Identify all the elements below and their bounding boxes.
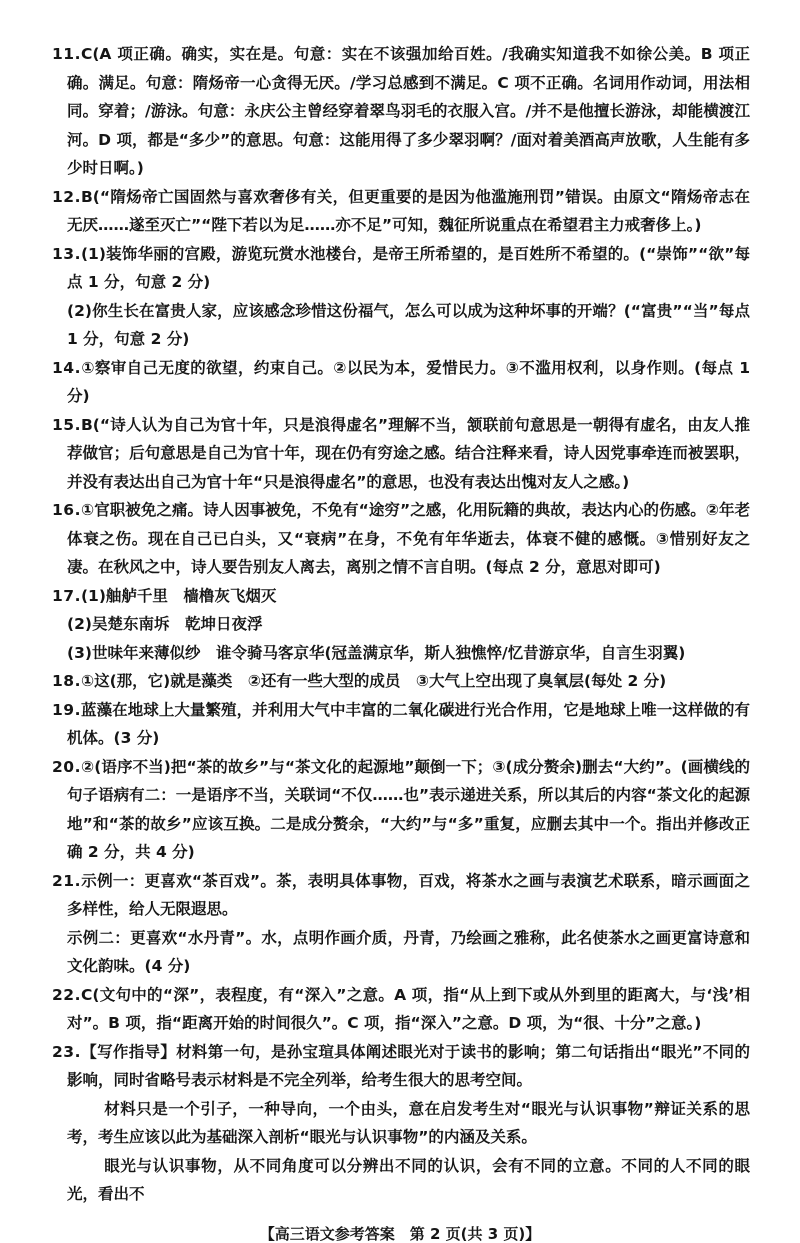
answer-item: 19.蓝藻在地球上大量繁殖，并利用大气中丰富的二氧化碳进行光合作用，它是地球上唯… bbox=[52, 696, 750, 753]
item-number: 19. bbox=[52, 701, 81, 719]
answer-item: 12.B(“隋炀帝亡国固然与喜欢奢侈有关，但更重要的是因为他滥施刑罚”错误。由原… bbox=[52, 183, 750, 240]
answer-paragraph: 材料只是一个引子，一种导向，一个由头，意在启发考生对“眼光与认识事物”辩证关系的… bbox=[52, 1095, 750, 1152]
item-text: (1)舳舻千里 樯橹灰飞烟灭 bbox=[81, 587, 276, 605]
answer-paragraph: (2)你生长在富贵人家，应该感念珍惜这份福气，怎么可以成为这种坏事的开端？(“富… bbox=[52, 297, 750, 354]
item-number: 15. bbox=[52, 416, 81, 434]
item-number: 20. bbox=[52, 758, 81, 776]
item-text: ①官职被免之痛。诗人因事被免，不免有“途穷”之感，化用阮籍的典故，表达内心的伤感… bbox=[67, 501, 750, 576]
answer-paragraph: 17.(1)舳舻千里 樯橹灰飞烟灭 bbox=[52, 582, 750, 611]
answer-paragraph: 15.B(“诗人认为自己为官十年，只是浪得虚名”理解不当，颔联前句意思是一朝得有… bbox=[52, 411, 750, 497]
item-text: C(文句中的“深”，表程度，有“深入”之意。A 项，指“从上到下或从外到里的距离… bbox=[67, 986, 750, 1033]
answer-paragraph: (2)吴楚东南坼 乾坤日夜浮 bbox=[52, 610, 750, 639]
item-text: ②(语序不当)把“茶的故乡”与“茶文化的起源地”颠倒一下；③(成分赘余)删去“大… bbox=[67, 758, 750, 862]
answer-paragraph: 14.①察审自己无度的欲望，约束自己。②以民为本，爱惜民力。③不滥用权利，以身作… bbox=[52, 354, 750, 411]
answer-item: 11.C(A 项正确。确实，实在是。句意：实在不该强加给百姓。/我确实知道我不如… bbox=[52, 40, 750, 183]
item-number: 23. bbox=[52, 1043, 81, 1061]
item-text: B(“诗人认为自己为官十年，只是浪得虚名”理解不当，颔联前句意思是一朝得有虚名，… bbox=[67, 416, 750, 491]
item-text: 示例一：更喜欢“茶百戏”。茶，表明具体事物，百戏，将茶水之画与表演艺术联系，暗示… bbox=[67, 872, 750, 919]
answer-item: 21.示例一：更喜欢“茶百戏”。茶，表明具体事物，百戏，将茶水之画与表演艺术联系… bbox=[52, 867, 750, 981]
item-text: ①察审自己无度的欲望，约束自己。②以民为本，爱惜民力。③不滥用权利，以身作则。(… bbox=[67, 359, 750, 406]
item-number: 22. bbox=[52, 986, 81, 1004]
item-number: 16. bbox=[52, 501, 81, 519]
answers-list: 11.C(A 项正确。确实，实在是。句意：实在不该强加给百姓。/我确实知道我不如… bbox=[0, 0, 800, 1209]
item-text: 蓝藻在地球上大量繁殖，并利用大气中丰富的二氧化碳进行光合作用，它是地球上唯一这样… bbox=[67, 701, 750, 748]
item-text: ①这(那，它)就是藻类 ②还有一些大型的成员 ③大气上空出现了臭氧层(每处 2 … bbox=[81, 672, 666, 690]
answer-item: 13.(1)装饰华丽的宫殿，游览玩赏水池楼台，是帝王所希望的，是百姓所不希望的。… bbox=[52, 240, 750, 354]
answer-item: 22.C(文句中的“深”，表程度，有“深入”之意。A 项，指“从上到下或从外到里… bbox=[52, 981, 750, 1038]
item-number: 13. bbox=[52, 245, 81, 263]
answer-paragraph: (3)世味年来薄似纱 谁令骑马客京华(冠盖满京华，斯人独憔悴/忆昔游京华，自言生… bbox=[52, 639, 750, 668]
answer-sheet-page: 11.C(A 项正确。确实，实在是。句意：实在不该强加给百姓。/我确实知道我不如… bbox=[0, 0, 800, 1243]
item-number: 14. bbox=[52, 359, 81, 377]
item-number: 21. bbox=[52, 872, 81, 890]
answer-item: 17.(1)舳舻千里 樯橹灰飞烟灭(2)吴楚东南坼 乾坤日夜浮(3)世味年来薄似… bbox=[52, 582, 750, 668]
answer-paragraph: 18.①这(那，它)就是藻类 ②还有一些大型的成员 ③大气上空出现了臭氧层(每处… bbox=[52, 667, 750, 696]
item-number: 17. bbox=[52, 587, 81, 605]
answer-paragraph: 13.(1)装饰华丽的宫殿，游览玩赏水池楼台，是帝王所希望的，是百姓所不希望的。… bbox=[52, 240, 750, 297]
answer-paragraph: 12.B(“隋炀帝亡国固然与喜欢奢侈有关，但更重要的是因为他滥施刑罚”错误。由原… bbox=[52, 183, 750, 240]
answer-item: 18.①这(那，它)就是藻类 ②还有一些大型的成员 ③大气上空出现了臭氧层(每处… bbox=[52, 667, 750, 696]
item-text: B(“隋炀帝亡国固然与喜欢奢侈有关，但更重要的是因为他滥施刑罚”错误。由原文“隋… bbox=[67, 188, 750, 235]
answer-paragraph: 22.C(文句中的“深”，表程度，有“深入”之意。A 项，指“从上到下或从外到里… bbox=[52, 981, 750, 1038]
answer-paragraph: 11.C(A 项正确。确实，实在是。句意：实在不该强加给百姓。/我确实知道我不如… bbox=[52, 40, 750, 183]
answer-paragraph: 20.②(语序不当)把“茶的故乡”与“茶文化的起源地”颠倒一下；③(成分赘余)删… bbox=[52, 753, 750, 867]
answer-paragraph: 19.蓝藻在地球上大量繁殖，并利用大气中丰富的二氧化碳进行光合作用，它是地球上唯… bbox=[52, 696, 750, 753]
item-number: 11. bbox=[52, 45, 81, 63]
answer-item: 16.①官职被免之痛。诗人因事被免，不免有“途穷”之感，化用阮籍的典故，表达内心… bbox=[52, 496, 750, 582]
answer-paragraph: 23.【写作指导】材料第一句，是孙宝瑄具体阐述眼光对于读书的影响；第二句话指出“… bbox=[52, 1038, 750, 1095]
page-footer: 【高三语文参考答案 第 2 页(共 3 页)】 bbox=[0, 1223, 800, 1243]
answer-paragraph: 21.示例一：更喜欢“茶百戏”。茶，表明具体事物，百戏，将茶水之画与表演艺术联系… bbox=[52, 867, 750, 924]
answer-paragraph: 示例二：更喜欢“水丹青”。水，点明作画介质，丹青，乃绘画之雅称，此名使茶水之画更… bbox=[52, 924, 750, 981]
answer-item: 14.①察审自己无度的欲望，约束自己。②以民为本，爱惜民力。③不滥用权利，以身作… bbox=[52, 354, 750, 411]
answer-paragraph: 16.①官职被免之痛。诗人因事被免，不免有“途穷”之感，化用阮籍的典故，表达内心… bbox=[52, 496, 750, 582]
answer-item: 23.【写作指导】材料第一句，是孙宝瑄具体阐述眼光对于读书的影响；第二句话指出“… bbox=[52, 1038, 750, 1209]
answer-paragraph: 眼光与认识事物，从不同角度可以分辨出不同的认识，会有不同的立意。不同的人不同的眼… bbox=[52, 1152, 750, 1209]
answer-item: 20.②(语序不当)把“茶的故乡”与“茶文化的起源地”颠倒一下；③(成分赘余)删… bbox=[52, 753, 750, 867]
item-text: C(A 项正确。确实，实在是。句意：实在不该强加给百姓。/我确实知道我不如徐公美… bbox=[67, 45, 750, 177]
answer-item: 15.B(“诗人认为自己为官十年，只是浪得虚名”理解不当，颔联前句意思是一朝得有… bbox=[52, 411, 750, 497]
item-number: 12. bbox=[52, 188, 81, 206]
item-text: (1)装饰华丽的宫殿，游览玩赏水池楼台，是帝王所希望的，是百姓所不希望的。(“崇… bbox=[67, 245, 750, 292]
item-text: 【写作指导】材料第一句，是孙宝瑄具体阐述眼光对于读书的影响；第二句话指出“眼光”… bbox=[67, 1043, 750, 1090]
item-number: 18. bbox=[52, 672, 81, 690]
